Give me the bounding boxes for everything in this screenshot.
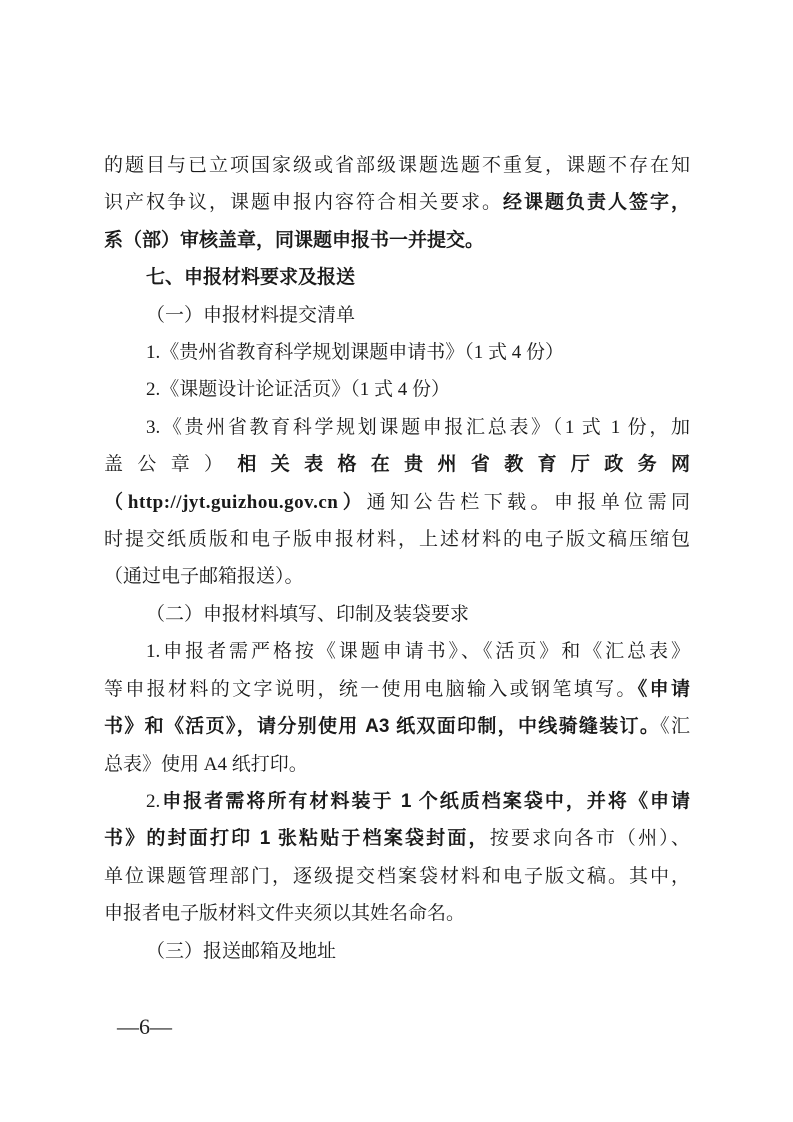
list-item-3-line-4: 时提交纸质版和电子版申报材料，上述材料的电子版文稿压缩包 — [104, 521, 690, 558]
text-segment: 的题目与已立项国家级或省部级课题选题不重复，课题不存在知 — [104, 155, 690, 176]
paragraph-b1-line-1: 1.申报者需严格按《课题申请书》、《活页》和《汇总表》 — [104, 633, 690, 670]
list-item-1: 1.《贵州省教育科学规划课题申请书》（1 式 4 份） — [104, 334, 690, 371]
text-segment: 3.《贵州省教育科学规划课题申报汇总表》（1 式 1 份，加 — [146, 417, 690, 438]
list-item-2: 2.《课题设计论证活页》（1 式 4 份） — [104, 371, 690, 408]
paragraph-b1-line-4: 总表》使用 A4 纸打印。 — [104, 746, 690, 783]
list-item-3-line-3: （http://jyt.guizhou.gov.cn）通知公告栏下载。申报单位需… — [104, 484, 690, 521]
text-segment: 1.申报者需严格按《课题申请书》、《活页》和《汇总表》 — [146, 641, 690, 662]
text-segment: 盖公章） — [104, 454, 237, 475]
text-segment-bold: 书》和《活页》，请分别使用 A3 纸双面印制，中线骑缝装订。 — [104, 716, 660, 737]
text-segment: （一）申报材料提交清单 — [146, 305, 355, 326]
text-segment: （二）申报材料填写、印制及装袋要求 — [146, 604, 469, 625]
subsection-heading-2: （二）申报材料填写、印制及装袋要求 — [104, 596, 690, 633]
page-number: —6— — [117, 1014, 172, 1040]
paragraph-b2-line-4: 申报者电子版材料文件夹须以其姓名命名。 — [104, 895, 690, 932]
paragraph-b2-line-3: 单位课题管理部门，逐级提交档案袋材料和电子版文稿。其中， — [104, 858, 690, 895]
text-segment: 申报者电子版材料文件夹须以其姓名命名。 — [104, 903, 465, 924]
paragraph-b1-line-3: 书》和《活页》，请分别使用 A3 纸双面印制，中线骑缝装订。《汇 — [104, 708, 690, 745]
text-segment: 通知公告栏下载。申报单位需同 — [367, 492, 690, 513]
paragraph-line: 识产权争议，课题申报内容符合相关要求。经课题负责人签字， — [104, 184, 690, 221]
text-segment: 2. — [146, 791, 160, 812]
text-segment: 单位课题管理部门，逐级提交档案袋材料和电子版文稿。其中， — [104, 866, 690, 887]
text-segment-bold: 经课题负责人签字， — [503, 192, 690, 213]
text-segment: 1.《贵州省教育科学规划课题申请书》（1 式 4 份） — [146, 342, 564, 363]
text-segment: 等申报材料的文字说明，统一使用电脑输入或钢笔填写。 — [104, 679, 638, 700]
text-segment-bold: 系（部）审核盖章，同课题申报书一并提交。 — [104, 230, 484, 251]
text-segment-bold: 相关表格在贵州省教育厅政务网 — [237, 454, 690, 475]
subsection-heading-1: （一）申报材料提交清单 — [104, 297, 690, 334]
text-segment: 《汇 — [660, 716, 690, 737]
list-item-3-line-1: 3.《贵州省教育科学规划课题申报汇总表》（1 式 1 份，加 — [104, 409, 690, 446]
list-item-3-line-2: 盖公章）相关表格在贵州省教育厅政务网 — [104, 446, 690, 483]
paragraph-b1-line-2: 等申报材料的文字说明，统一使用电脑输入或钢笔填写。《申请 — [104, 671, 690, 708]
text-segment: （通过电子邮箱报送）。 — [104, 566, 304, 587]
text-segment: 2.《课题设计论证活页》（1 式 4 份） — [146, 379, 450, 400]
text-segment-bold: 《申请 — [638, 679, 690, 700]
list-item-3-line-5: （通过电子邮箱报送）。 — [104, 558, 690, 595]
section-heading-text: 七、申报材料要求及报送 — [146, 267, 355, 288]
text-segment: 总表》使用 A4 纸打印。 — [104, 754, 308, 775]
document-page: 的题目与已立项国家级或省部级课题选题不重复，课题不存在知 识产权争议，课题申报内… — [0, 0, 793, 1122]
paragraph-b2-line-2: 书》的封面打印 1 张粘贴于档案袋封面，按要求向各市（州）、 — [104, 820, 690, 857]
text-segment: 按要求向各市（州）、 — [490, 828, 690, 849]
text-segment: 识产权争议，课题申报内容符合相关要求。 — [104, 192, 503, 213]
paragraph-b2-line-1: 2.申报者需将所有材料装于 1 个纸质档案袋中，并将《申请 — [104, 783, 690, 820]
document-body: 的题目与已立项国家级或省部级课题选题不重复，课题不存在知 识产权争议，课题申报内… — [104, 147, 690, 970]
text-segment-bold: 申报者需将所有材料装于 1 个纸质档案袋中，并将《申请 — [160, 791, 690, 812]
section-heading: 七、申报材料要求及报送 — [104, 259, 690, 296]
text-segment: 时提交纸质版和电子版申报材料，上述材料的电子版文稿压缩包 — [104, 529, 690, 550]
paragraph-continuation-line: 的题目与已立项国家级或省部级课题选题不重复，课题不存在知 — [104, 147, 690, 184]
url-text: （http://jyt.guizhou.gov.cn） — [104, 492, 367, 513]
subsection-heading-3: （三）报送邮箱及地址 — [104, 933, 690, 970]
text-segment: （三）报送邮箱及地址 — [146, 941, 336, 962]
text-segment-bold: 书》的封面打印 1 张粘贴于档案袋封面， — [104, 828, 490, 849]
paragraph-line-bold: 系（部）审核盖章，同课题申报书一并提交。 — [104, 222, 690, 259]
